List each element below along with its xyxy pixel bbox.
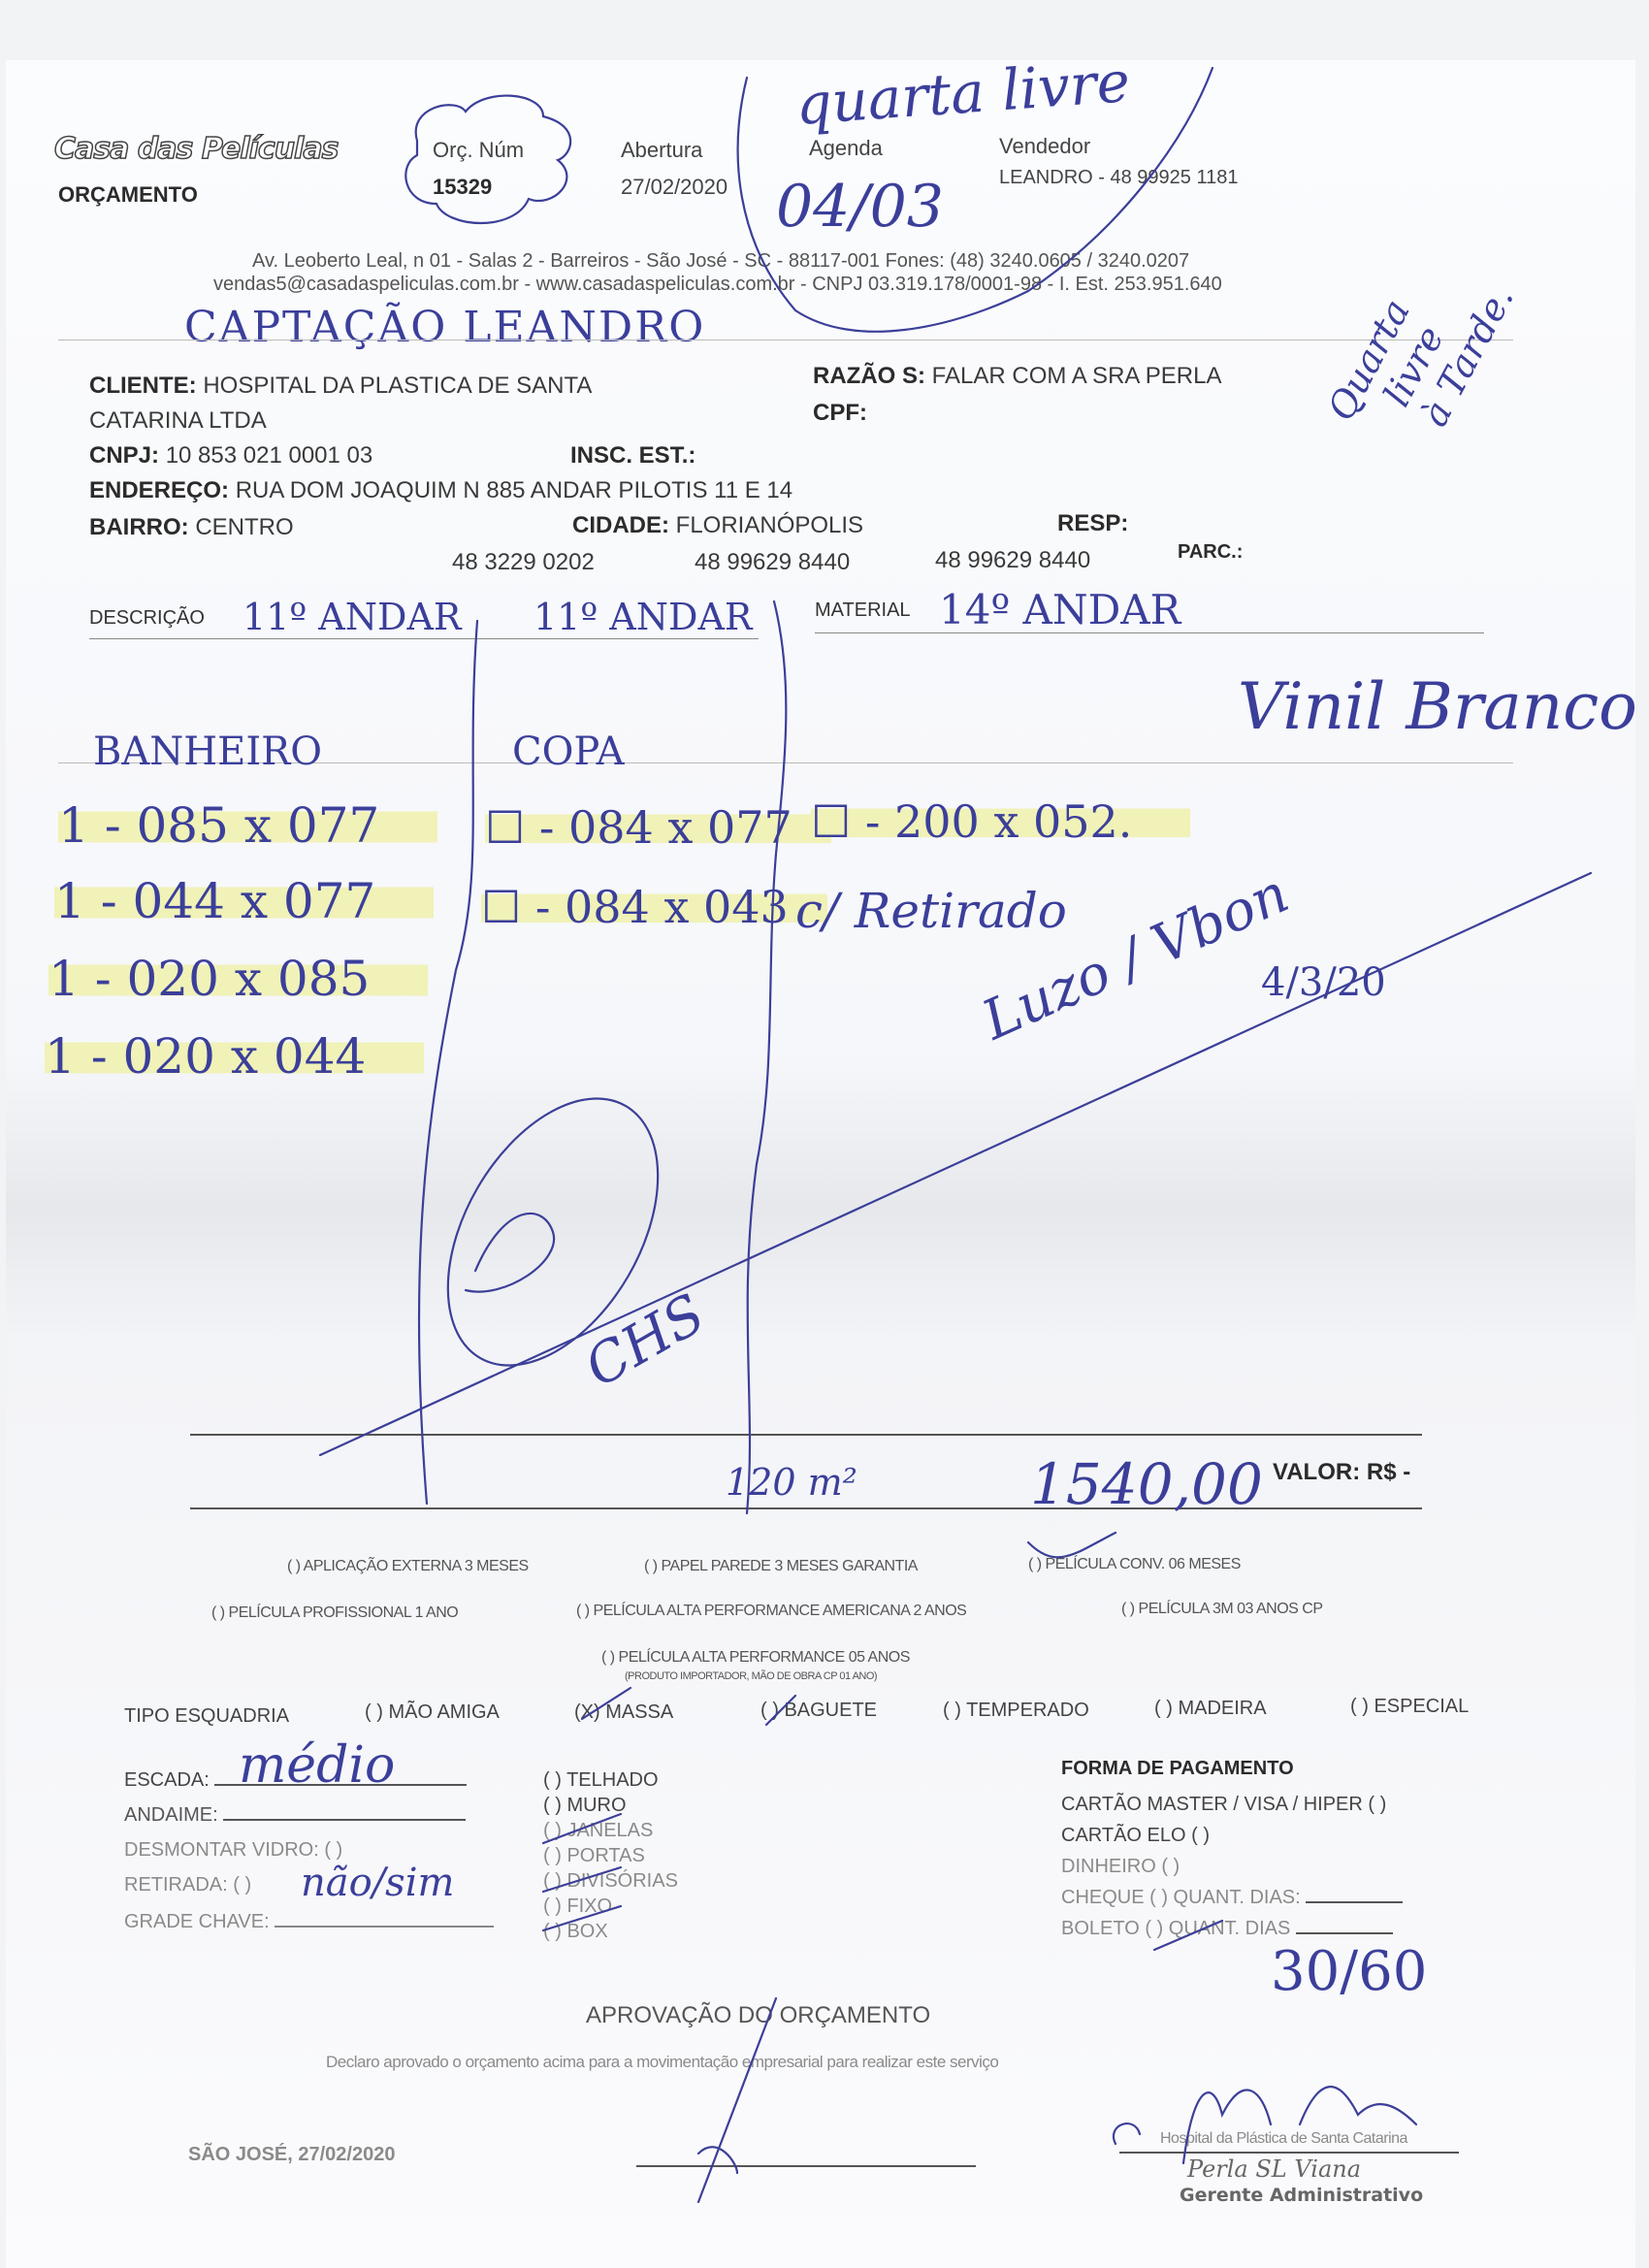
- abertura-date: 27/02/2020: [621, 175, 727, 200]
- andaime-field[interactable]: ANDAIME:: [124, 1804, 466, 1827]
- razao-value: FALAR COM A SRA PERLA: [932, 363, 1222, 389]
- warranty-option-label: PELÍCULA 3M 03 ANOS CP: [1139, 1601, 1323, 1617]
- insc-est-label: INSC. EST.:: [570, 442, 695, 470]
- company-address: Av. Leoberto Leal, n 01 - Salas 2 - Barr…: [252, 250, 1189, 273]
- orc-num-value: 15329: [433, 175, 492, 200]
- location-label: DIVISÓRIAS: [566, 1870, 677, 1892]
- payment-option[interactable]: CARTÃO ELO ( ): [1061, 1820, 1403, 1851]
- material-handwritten: Vinil Branco: [1238, 669, 1637, 744]
- location-label: FIXO: [566, 1895, 612, 1917]
- col2-row: ☐ - 084 x 077: [485, 801, 831, 854]
- col1-title: BANHEIRO: [93, 729, 322, 774]
- stamp-role: Gerente Administrativo: [1180, 2185, 1423, 2206]
- location-option[interactable]: ( ) MURO: [543, 1793, 678, 1818]
- approval-statement: Declaro aprovado o orçamento acima para …: [326, 2053, 998, 2072]
- retirada-handwritten: não/sim: [301, 1861, 454, 1905]
- col2-row: ☐ - 084 x 043: [481, 881, 827, 933]
- abertura-label: Abertura: [621, 138, 702, 163]
- parc-label: PARC.:: [1178, 541, 1243, 564]
- payment-option-label: CHEQUE ( ) QUANT. DIAS:: [1061, 1887, 1301, 1908]
- total-handwritten: 1540,00: [1030, 1451, 1263, 1517]
- approval-title: APROVAÇÃO DO ORÇAMENTO: [586, 2002, 930, 2029]
- col3-note-handwritten: c/ Retirado: [795, 883, 1067, 939]
- address-value: RUA DOM JOAQUIM N 885 ANDAR PILOTIS 11 E…: [236, 477, 792, 503]
- client-signature-line: [636, 2165, 976, 2167]
- company-logo: Casa das Películas: [54, 132, 338, 166]
- address-label: ENDEREÇO:: [89, 477, 229, 503]
- esquadria-option-label: MASSA: [605, 1701, 673, 1723]
- escada-handwritten: médio: [239, 1736, 395, 1795]
- warranty-option-label: APLICAÇÃO EXTERNA 3 MESES: [304, 1558, 529, 1574]
- retirada-field[interactable]: RETIRADA: ( ): [124, 1874, 251, 1896]
- vendedor-label: Vendedor: [999, 134, 1090, 159]
- esquadria-option[interactable]: ( ) BAGUETE: [760, 1700, 877, 1722]
- client-name: CLIENTE: HOSPITAL DA PLASTICA DE SANTA: [89, 373, 592, 400]
- location-option[interactable]: ( ) JANELAS: [543, 1818, 678, 1843]
- client-label: CLIENTE:: [89, 373, 197, 399]
- warranty-option-label: PELÍCULA ALTA PERFORMANCE 05 ANOS: [619, 1649, 910, 1666]
- descricao-label: DESCRIÇÃO: [89, 607, 205, 630]
- warranty-option-label: PELÍCULA PROFISSIONAL 1 ANO: [229, 1604, 459, 1621]
- location-option[interactable]: ( ) BOX: [543, 1919, 678, 1944]
- payment-title: FORMA DE PAGAMENTO: [1061, 1758, 1294, 1780]
- signoff-date-handwritten: 4/3/20: [1261, 960, 1386, 1005]
- valor-label: VALOR: R$ -: [1273, 1459, 1410, 1486]
- client-bairro: BAIRRO: CENTRO: [89, 514, 294, 541]
- location-option[interactable]: ( ) PORTAS: [543, 1843, 678, 1868]
- grade-label: GRADE CHAVE:: [124, 1911, 270, 1932]
- cpf-label: CPF:: [813, 400, 867, 427]
- razao-label: RAZÃO S:: [813, 363, 925, 389]
- place-date: SÃO JOSÉ, 27/02/2020: [188, 2144, 395, 2166]
- esquadria-option-label: BAGUETE: [784, 1700, 877, 1721]
- location-label: PORTAS: [566, 1845, 644, 1866]
- warranty-option[interactable]: ( ) PELÍCULA PROFISSIONAL 1 ANO: [211, 1604, 458, 1622]
- material-label: MATERIAL: [815, 599, 911, 622]
- esquadria-label: TIPO ESQUADRIA: [124, 1705, 289, 1728]
- grade-chave-field[interactable]: GRADE CHAVE:: [124, 1911, 494, 1933]
- cidade-value: FLORIANÓPOLIS: [676, 512, 863, 538]
- col1-row: 1 - 044 x 077: [54, 873, 434, 929]
- client-name-line1: HOSPITAL DA PLASTICA DE SANTA: [203, 373, 592, 399]
- andaime-label: ANDAIME:: [124, 1804, 218, 1826]
- esquadria-option[interactable]: ( ) ESPECIAL: [1350, 1696, 1469, 1718]
- phone-3: 48 99629 8440: [935, 547, 1090, 574]
- orc-num-label: Orç. Núm: [433, 138, 524, 163]
- warranty-option-selected[interactable]: ( ) PELÍCULA CONV. 06 MESES: [1028, 1556, 1241, 1573]
- payment-option[interactable]: CARTÃO MASTER / VISA / HIPER ( ): [1061, 1789, 1403, 1820]
- stamp-company: Hospital da Plástica de Santa Catarina: [1160, 2130, 1407, 2148]
- payment-option-label: BOLETO ( ) QUANT. DIAS: [1061, 1918, 1290, 1939]
- escada-label: ESCADA:: [124, 1769, 210, 1791]
- col2-floor-handwritten: 11º ANDAR: [533, 596, 753, 638]
- esquadria-option[interactable]: ( ) MADEIRA: [1154, 1698, 1267, 1720]
- cnpj-value: 10 853 021 0001 03: [166, 442, 373, 469]
- col2-title: COPA: [512, 729, 625, 774]
- col3-row: ☐ - 200 x 052.: [811, 795, 1190, 848]
- col1-row: 1 - 020 x 085: [48, 951, 428, 1007]
- warranty-note: (PRODUTO IMPORTADOR, MÃO DE OBRA CP 01 A…: [625, 1670, 877, 1682]
- agenda-date-handwritten: 04/03: [776, 173, 944, 241]
- col1-floor-handwritten: 11º ANDAR: [242, 596, 462, 638]
- esquadria-option[interactable]: ( ) TEMPERADO: [943, 1700, 1089, 1722]
- company-contact: vendas5@casadaspeliculas.com.br - www.ca…: [213, 274, 1222, 296]
- desmontar-label: DESMONTAR VIDRO:: [124, 1839, 319, 1861]
- warranty-option-label: PELÍCULA ALTA PERFORMANCE AMERICANA 2 AN…: [594, 1603, 967, 1619]
- client-address: ENDEREÇO: RUA DOM JOAQUIM N 885 ANDAR PI…: [89, 477, 792, 504]
- warranty-option[interactable]: ( ) PELÍCULA 3M 03 ANOS CP: [1121, 1601, 1323, 1618]
- warranty-option[interactable]: ( ) PAPEL PAREDE 3 MESES GARANTIA: [644, 1558, 918, 1575]
- payment-options: CARTÃO MASTER / VISA / HIPER ( ) CARTÃO …: [1061, 1789, 1403, 1944]
- vendedor-value: LEANDRO - 48 99925 1181: [999, 167, 1238, 189]
- payment-days-handwritten: 30/60: [1271, 1940, 1427, 2003]
- agenda-label: Agenda: [809, 136, 883, 161]
- warranty-option-label: PELÍCULA CONV. 06 MESES: [1046, 1556, 1241, 1572]
- phone-1: 48 3229 0202: [452, 549, 595, 576]
- location-label: JANELAS: [566, 1820, 653, 1841]
- location-label: TELHADO: [566, 1769, 658, 1791]
- esquadria-option-label: MÃO AMIGA: [388, 1701, 499, 1723]
- location-option[interactable]: ( ) DIVISÓRIAS: [543, 1868, 678, 1894]
- stamp-name: Perla SL Viana: [1187, 2155, 1361, 2183]
- location-option[interactable]: ( ) TELHADO: [543, 1767, 678, 1793]
- client-cnpj: CNPJ: 10 853 021 0001 03: [89, 442, 372, 470]
- esquadria-option-label: ESPECIAL: [1374, 1696, 1469, 1717]
- warranty-option-label: PAPEL PAREDE 3 MESES GARANTIA: [662, 1558, 918, 1574]
- location-label: MURO: [566, 1795, 626, 1816]
- col1-row: 1 - 020 x 044: [45, 1028, 424, 1085]
- descricao-underline: [89, 638, 759, 639]
- esquadria-option-label: MADEIRA: [1178, 1698, 1266, 1719]
- location-label: BOX: [566, 1921, 607, 1942]
- cnpj-label: CNPJ:: [89, 442, 159, 469]
- captacao-handwritten: CAPTAÇÃO LEANDRO: [184, 303, 705, 352]
- warranty-option[interactable]: ( ) PELÍCULA ALTA PERFORMANCE 05 ANOS: [601, 1649, 910, 1667]
- retirada-label: RETIRADA:: [124, 1874, 228, 1895]
- warranty-option[interactable]: ( ) APLICAÇÃO EXTERNA 3 MESES: [287, 1558, 529, 1575]
- stamp-signature-line: [1119, 2152, 1459, 2154]
- cidade-label: CIDADE:: [572, 512, 669, 538]
- divider: [58, 340, 1513, 340]
- total-line-top: [190, 1434, 1422, 1436]
- bairro-label: BAIRRO:: [89, 514, 189, 540]
- material-underline: [815, 632, 1484, 633]
- esquadria-option[interactable]: ( ) MÃO AMIGA: [365, 1701, 500, 1724]
- desmontar-vidro-field[interactable]: DESMONTAR VIDRO: ( ): [124, 1839, 342, 1862]
- esquadria-option-selected[interactable]: (X) MASSA: [574, 1701, 673, 1724]
- bairro-value: CENTRO: [195, 514, 293, 540]
- col1-row: 1 - 085 x 077: [58, 797, 437, 854]
- area-handwritten: 120 m²: [726, 1461, 857, 1504]
- warranty-option[interactable]: ( ) PELÍCULA ALTA PERFORMANCE AMERICANA …: [576, 1603, 966, 1620]
- document-title: ORÇAMENTO: [58, 182, 198, 208]
- phone-2: 48 99629 8440: [695, 549, 850, 576]
- payment-option[interactable]: CHEQUE ( ) QUANT. DIAS:: [1061, 1882, 1403, 1913]
- location-list: ( ) TELHADO ( ) MURO ( ) JANELAS ( ) POR…: [543, 1767, 678, 1944]
- client-cidade: CIDADE: FLORIANÓPOLIS: [572, 512, 863, 539]
- esquadria-option-label: TEMPERADO: [966, 1700, 1089, 1721]
- payment-option[interactable]: DINHEIRO ( ): [1061, 1851, 1403, 1882]
- razao-social: RAZÃO S: FALAR COM A SRA PERLA: [813, 363, 1221, 390]
- client-name-line2: CATARINA LTDA: [89, 407, 267, 435]
- location-option[interactable]: ( ) FIXO: [543, 1894, 678, 1919]
- resp-label: RESP:: [1057, 510, 1128, 537]
- col3-floor-handwritten: 14º ANDAR: [939, 586, 1180, 633]
